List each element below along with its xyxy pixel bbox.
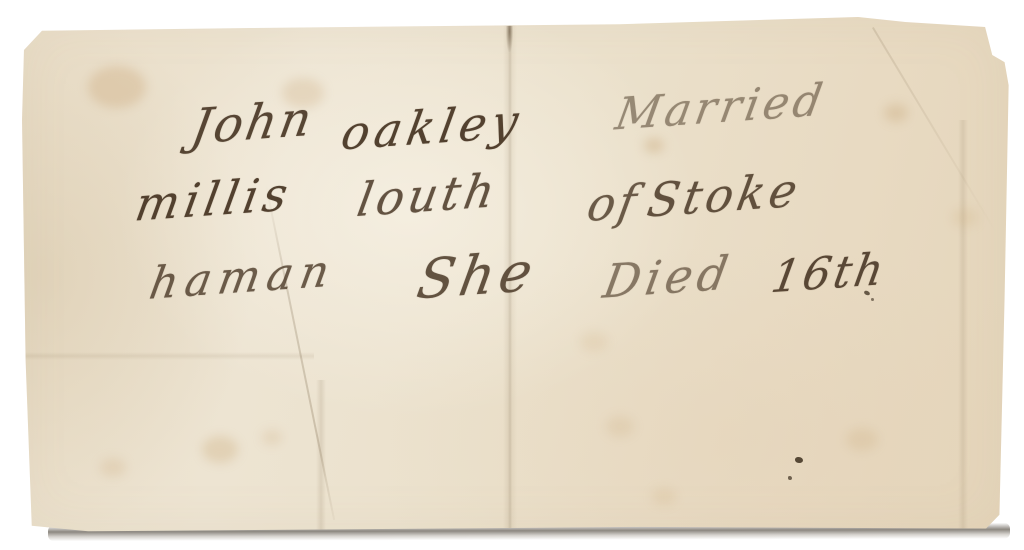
handwriting-word-16th: 16th	[768, 244, 891, 304]
foxing-stain	[846, 428, 878, 451]
ink-speck	[795, 457, 803, 463]
handwriting-word-died: Died	[599, 245, 737, 309]
handwriting-word-married: Married	[612, 74, 830, 140]
fold-crease-horizontal	[24, 352, 314, 360]
paper-sheet: John oakley Married millis louth of Stok…	[0, 0, 1024, 550]
foxing-stain	[580, 332, 608, 352]
fold-crease-top-right	[872, 27, 997, 234]
handwriting-word-oakley: oakley	[337, 93, 527, 160]
fold-crease-center	[503, 0, 517, 550]
handwriting-word-john: John	[187, 90, 319, 155]
foxing-stain	[262, 430, 282, 445]
handwriting-word-millis: millis	[131, 166, 296, 232]
foxing-stain	[644, 138, 664, 153]
ink-speck	[871, 298, 874, 301]
scanned-note: John oakley Married millis louth of Stok…	[0, 0, 1024, 550]
handwriting-word-louth: louth	[353, 163, 502, 228]
handwriting-word-of: of	[583, 174, 643, 232]
foxing-stain	[952, 208, 978, 227]
handwriting-word-stoke: Stoke	[643, 162, 805, 227]
foxing-stain	[88, 66, 146, 108]
fold-crease-right	[958, 120, 968, 550]
handwriting-word-haman: haman	[146, 245, 341, 310]
fold-crease-center-top-notch	[506, 26, 513, 52]
diagonal-scratch	[265, 185, 335, 521]
foxing-stain	[606, 416, 634, 437]
foxing-stain	[884, 104, 908, 122]
foxing-stain	[202, 436, 238, 463]
foxing-stain	[282, 78, 324, 108]
ink-speck	[863, 290, 870, 296]
foxing-stain	[100, 458, 126, 477]
ink-speck	[788, 476, 792, 480]
handwriting-word-she: She	[413, 239, 543, 311]
foxing-stain	[652, 488, 676, 505]
fold-crease-left-lower	[316, 380, 326, 550]
